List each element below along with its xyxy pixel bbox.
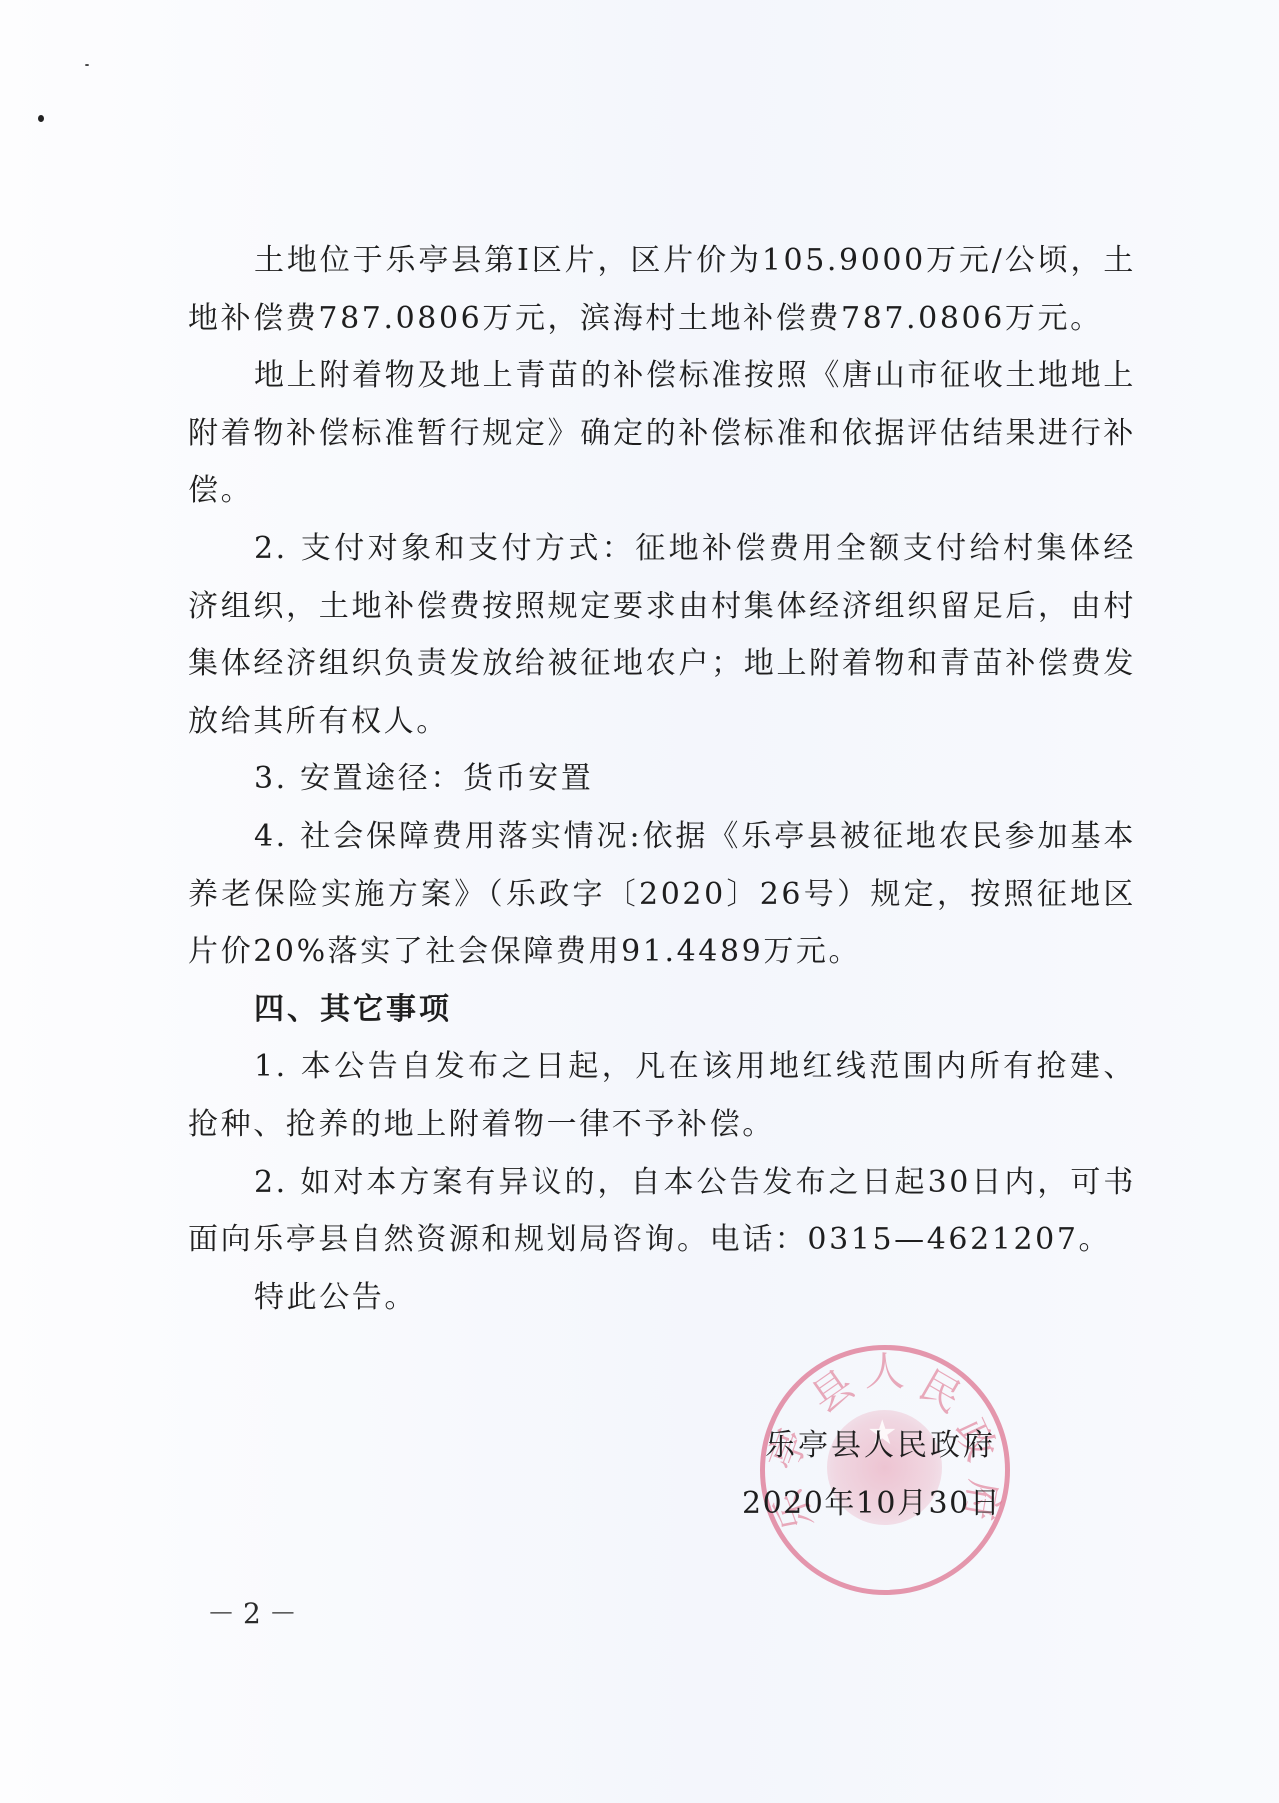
issuing-organization: 乐亭县人民政府 xyxy=(765,1420,996,1464)
scan-speck xyxy=(38,115,44,122)
paragraph-objection-contact: 2. 如对本方案有异议的，自本公告发布之日起30日内，可书面向乐亭县自然资源和规… xyxy=(188,1154,1136,1269)
issue-date: 2020年10月30日 xyxy=(742,1478,1001,1522)
stamp-char: 人 xyxy=(865,1352,905,1392)
official-seal-stamp: ★ 县 人 民 政 府 亭 乐 xyxy=(760,1345,1010,1595)
paragraph-resettlement: 3. 安置途径：货币安置 xyxy=(188,750,1136,808)
paragraph-social-security: 4. 社会保障费用落实情况:依据《乐亭县被征地农民参加基本养老保险实施方案》（乐… xyxy=(188,808,1136,981)
scan-speck xyxy=(85,64,89,66)
document-body: 土地位于乐亭县第Ⅰ区片，区片价为105.9000万元/公顷，土地补偿费787.0… xyxy=(188,232,1136,1326)
signature-block: ★ 县 人 民 政 府 亭 乐 乐亭县人民政府 2020年10月30日 xyxy=(740,1420,1120,1620)
stamp-char: 民 xyxy=(913,1365,968,1420)
paragraph-closing: 特此公告。 xyxy=(188,1269,1136,1327)
paragraph-no-compensation-notice: 1. 本公告自发布之日起，凡在该用地红线范围内所有抢建、抢种、抢养的地上附着物一… xyxy=(188,1038,1136,1153)
stamp-char: 县 xyxy=(805,1364,861,1420)
section-heading-other-matters: 四、其它事项 xyxy=(188,981,1136,1039)
paragraph-payment-method: 2. 支付对象和支付方式：征地补偿费用全额支付给村集体经济组织，土地补偿费按照规… xyxy=(188,520,1136,750)
paragraph-land-compensation: 土地位于乐亭县第Ⅰ区片，区片价为105.9000万元/公顷，土地补偿费787.0… xyxy=(188,232,1136,347)
paragraph-attachments-standard: 地上附着物及地上青苗的补偿标准按照《唐山市征收土地地上附着物补偿标准暂行规定》确… xyxy=(188,347,1136,520)
page-number: －2－ xyxy=(207,1592,305,1632)
